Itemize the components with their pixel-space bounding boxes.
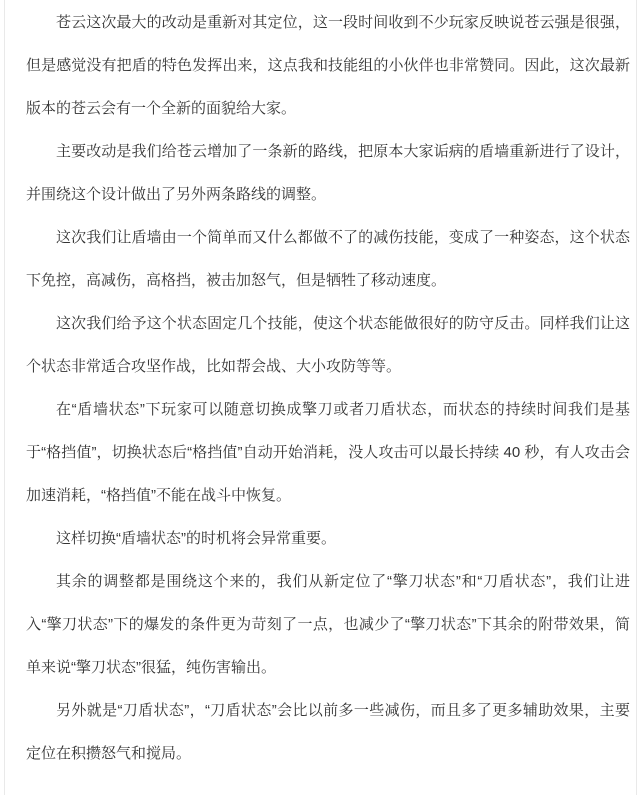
- paragraph-main-change: 主要改动是我们给苍云增加了一条新的路线，把原本大家诟病的盾墙重新进行了设计，并围…: [26, 130, 630, 216]
- paragraph-shield-wall-stance: 这次我们让盾墙由一个简单而又什么都做不了的减伤技能，变成了一种姿态，这个状态下免…: [26, 216, 630, 302]
- document-page: 苍云这次最大的改动是重新对其定位，这一段时间收到不少玩家反映说苍云强是很强，但是…: [0, 0, 642, 795]
- article-body: 苍云这次最大的改动是重新对其定位，这一段时间收到不少玩家反映说苍云强是很强，但是…: [26, 1, 630, 775]
- page-border-left: [4, 0, 5, 795]
- page-border-right: [636, 0, 637, 795]
- paragraph-fixed-skills: 这次我们给予这个状态固定几个技能，使这个状态能做很好的防守反击。同样我们让这个状…: [26, 302, 630, 388]
- paragraph-block-value-mechanic: 在“盾墙状态”下玩家可以随意切换成擎刀或者刀盾状态，而状态的持续时间我们是基于“…: [26, 388, 630, 517]
- paragraph-timing-importance: 这样切换“盾墙状态”的时机将会异常重要。: [26, 517, 630, 560]
- paragraph-sword-shield-stance: 另外就是“刀盾状态”，“刀盾状态”会比以前多一些减伤，而且多了更多辅助效果，主要…: [26, 689, 630, 775]
- paragraph-blade-stance: 其余的调整都是围绕这个来的，我们从新定位了“擎刀状态”和“刀盾状态”，我们让进入…: [26, 560, 630, 689]
- paragraph-repositioning-intro: 苍云这次最大的改动是重新对其定位，这一段时间收到不少玩家反映说苍云强是很强，但是…: [26, 1, 630, 130]
